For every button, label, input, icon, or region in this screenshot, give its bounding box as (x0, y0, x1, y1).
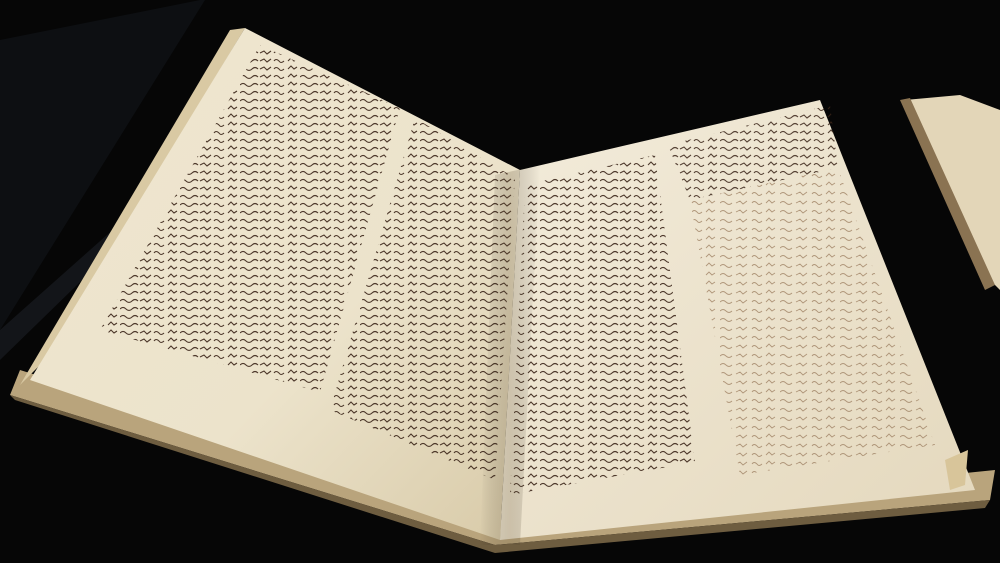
manuscript-photo: Open medieval manuscript in a display ca… (0, 0, 1000, 563)
